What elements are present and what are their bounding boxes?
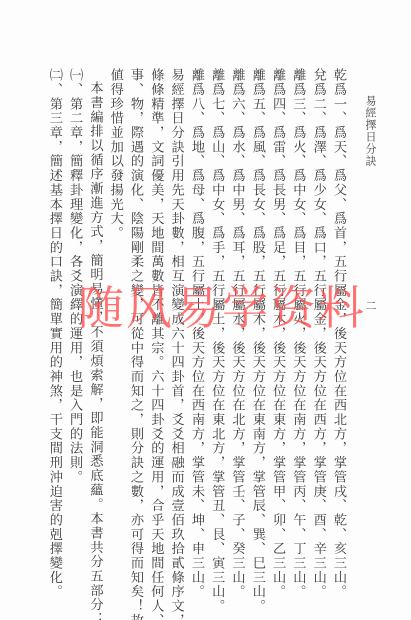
book-page: 易經擇日分訣 二 乾爲一、爲天、爲父、爲首，五行屬金，後天方位在西北方，掌管戌、… — [0, 0, 411, 620]
text-column: ㈡、第三章，簡述基本擇日的口訣，簡單實用的神煞，干支間刑沖迫害的剋擇變化。 — [44, 68, 64, 588]
watermark: 随风易学资料 — [78, 272, 366, 338]
running-title: 易經擇日分訣 — [362, 95, 378, 167]
